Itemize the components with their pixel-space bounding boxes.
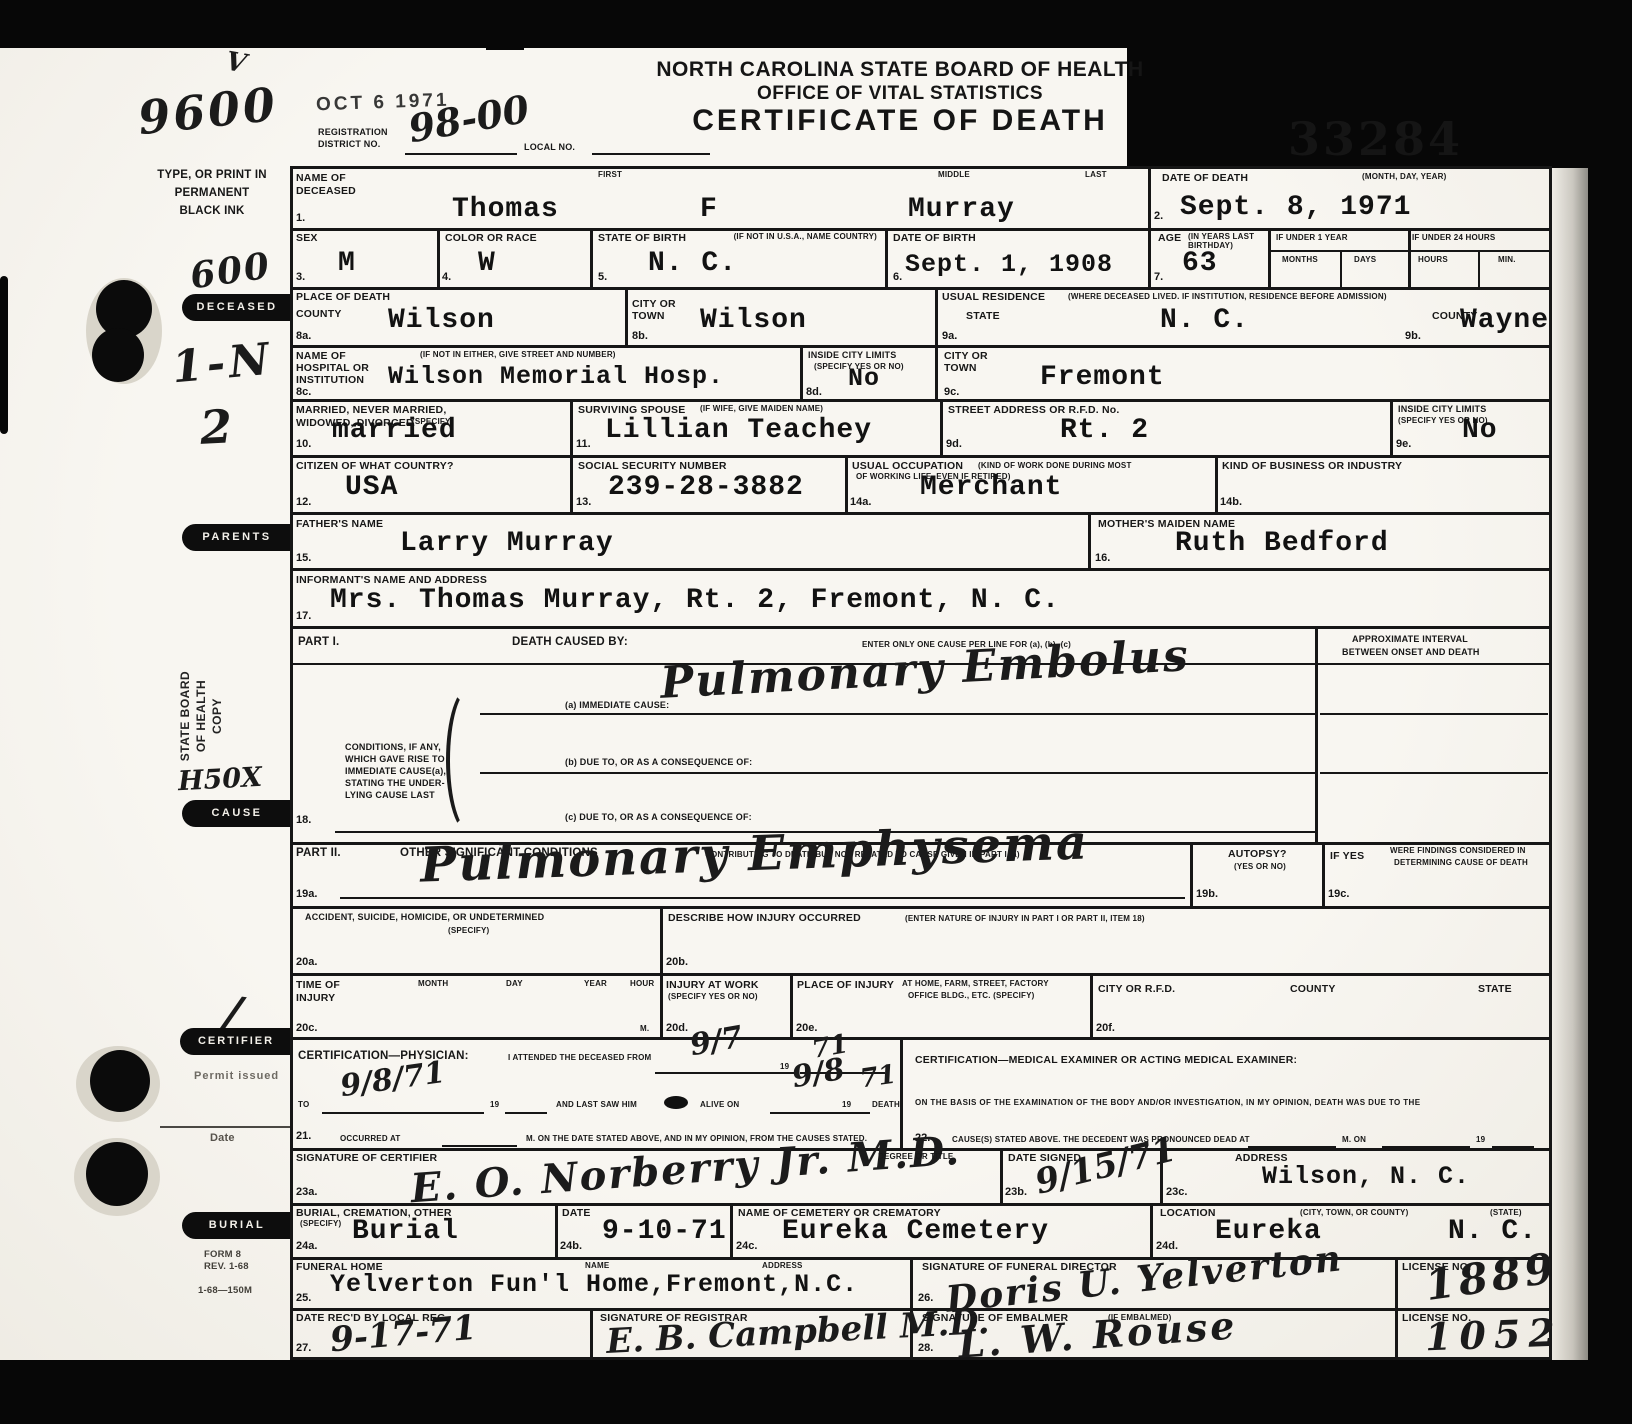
year-19-print4: 19 <box>1476 1135 1485 1144</box>
fillin-line <box>770 1112 870 1114</box>
funeral-home-address-sub: ADDRESS <box>762 1261 803 1270</box>
divider <box>290 568 1552 571</box>
field-number-19b: 19b. <box>1196 888 1218 900</box>
name-of-label: NAME OF <box>296 172 346 184</box>
hospital-label-line1: NAME OF <box>296 350 346 362</box>
citizen-label: CITIZEN OF WHAT COUNTRY? <box>296 460 454 472</box>
field-number-9b: 9b. <box>1405 330 1421 342</box>
due-to-b-label: (b) DUE TO, OR AS A CONSEQUENCE OF: <box>565 757 752 767</box>
basis-label: ON THE BASIS OF THE EXAMINATION OF THE B… <box>915 1098 1420 1107</box>
divider <box>885 228 888 287</box>
injury-county-label: COUNTY <box>1290 983 1336 995</box>
inside-city-limits-value: No <box>848 364 880 393</box>
conditions-note-line3: IMMEDIATE CAUSE(a), <box>345 766 446 776</box>
field-number-27: 27. <box>296 1342 311 1354</box>
divider <box>290 906 1552 909</box>
field-number-15: 15. <box>296 552 311 564</box>
divider <box>625 287 628 345</box>
field-number-19a: 19a. <box>296 888 317 900</box>
days-label: DAYS <box>1354 255 1376 264</box>
age-label: AGE <box>1158 232 1181 244</box>
business-label: KIND OF BUSINESS OR INDUSTRY <box>1222 460 1402 472</box>
permit-issued-note: Permit issued <box>194 1070 279 1083</box>
middle-name-value: F <box>700 194 718 225</box>
handwritten-code-h50x: H50X <box>177 762 263 797</box>
accident-label: ACCIDENT, SUICIDE, HOMICIDE, OR UNDETERM… <box>305 912 544 922</box>
burial-value: Burial <box>352 1216 459 1247</box>
field-number-14b: 14b. <box>1220 496 1242 508</box>
part1-label: PART I. <box>298 636 339 649</box>
hours-label: HOURS <box>1418 255 1448 264</box>
field-number-23a: 23a. <box>296 1186 317 1198</box>
conditions-note-line4: STATING THE UNDER- <box>345 778 445 788</box>
field-number-7: 7. <box>1154 271 1163 283</box>
divider <box>1408 228 1411 287</box>
field-number-9e: 9e. <box>1396 438 1411 450</box>
scan-smudge <box>0 276 8 434</box>
divider <box>290 166 1552 169</box>
residence-state-value: N. C. <box>1160 305 1249 336</box>
hole-punch <box>90 1050 150 1112</box>
field-number-23c: 23c. <box>1166 1186 1187 1198</box>
certification-med-examiner-label: CERTIFICATION—MEDICAL EXAMINER OR ACTING… <box>915 1054 1297 1066</box>
divider <box>592 153 710 155</box>
tab-deceased: DECEASED <box>182 294 292 321</box>
hospital-sub: (IF NOT IN EITHER, GIVE STREET AND NUMBE… <box>420 350 616 359</box>
date-of-birth-value: Sept. 1, 1908 <box>905 250 1113 279</box>
field-number-8a: 8a. <box>296 330 311 342</box>
first-label: FIRST <box>598 170 622 179</box>
field-number-21: 21. <box>296 1130 311 1142</box>
place-of-injury-label: PLACE OF INJURY <box>797 979 894 991</box>
last-name-value: Murray <box>908 194 1015 225</box>
accident-sub: (SPECIFY) <box>448 926 489 935</box>
divider <box>1320 713 1548 715</box>
form-number: FORM 8 <box>204 1250 241 1261</box>
interval-label-line2: BETWEEN ONSET AND DEATH <box>1342 647 1480 657</box>
field-number-8b: 8b. <box>632 330 648 342</box>
tab-burial: BURIAL <box>182 1212 292 1239</box>
findings-label-line1: WERE FINDINGS CONSIDERED IN <box>1390 846 1526 855</box>
fillin-line <box>655 1072 795 1074</box>
state-of-birth-sub: (IF NOT IN U.S.A., NAME COUNTRY) <box>712 232 877 241</box>
divider <box>570 399 573 512</box>
funeral-home-name-sub: NAME <box>585 1261 609 1270</box>
field-number-20e: 20e. <box>796 1022 817 1034</box>
interval-label-line1: APPROXIMATE INTERVAL <box>1352 634 1468 644</box>
alive-on-label: ALIVE ON <box>700 1100 739 1109</box>
location-label: LOCATION <box>1160 1207 1216 1219</box>
middle-label: MIDDLE <box>938 170 970 179</box>
field-number-20a: 20a. <box>296 956 317 968</box>
father-name-label: FATHER'S NAME <box>296 518 383 530</box>
divider <box>1322 842 1325 906</box>
residence-county-value: Wayne <box>1460 305 1549 336</box>
district-no-label: DISTRICT NO. <box>318 139 380 149</box>
field-number-11: 11. <box>576 438 591 450</box>
place-of-death-label: PLACE OF DEATH <box>296 291 390 303</box>
state-of-birth-label: STATE OF BIRTH <box>598 232 686 244</box>
county-value: Wilson <box>388 305 495 336</box>
funeral-home-value: Yelverton Fun'l Home,Fremont,N.C. <box>330 1270 858 1299</box>
divider <box>290 345 1552 348</box>
divider <box>1190 842 1193 906</box>
field-number-28: 28. <box>918 1342 933 1354</box>
burial-date-value: 9-10-71 <box>602 1216 727 1247</box>
hour-label: HOUR <box>630 979 654 988</box>
divider <box>1150 1203 1153 1257</box>
field-number-3: 3. <box>296 271 305 283</box>
date-line <box>160 1126 290 1128</box>
min-label: MIN. <box>1498 255 1516 264</box>
scanned-death-certificate: V 9600 TYPE, OR PRINT IN PERMANENT BLACK… <box>0 0 1632 1424</box>
marital-status-value: married <box>332 415 457 446</box>
divider <box>1148 166 1151 287</box>
form-right-border <box>1549 166 1552 1357</box>
field-number-16: 16. <box>1095 552 1110 564</box>
field-number-10: 10. <box>296 438 311 450</box>
scan-artifact <box>486 28 524 50</box>
field-number-24a: 24a. <box>296 1240 317 1252</box>
residence-state-label: STATE <box>966 310 1000 322</box>
field-number-23b: 23b. <box>1005 1186 1027 1198</box>
usual-residence-label: USUAL RESIDENCE <box>942 291 1045 303</box>
divider <box>555 1203 558 1257</box>
type-note-line2: PERMANENT <box>175 187 250 199</box>
divider <box>405 153 517 155</box>
divider <box>290 1357 1552 1360</box>
if-under-24-hours-label: IF UNDER 24 HOURS <box>1412 233 1495 242</box>
occupation-label: USUAL OCCUPATION <box>852 460 963 472</box>
father-name-value: Larry Murray <box>400 528 614 559</box>
license2-value: 1052 <box>1424 1310 1563 1360</box>
divider <box>290 399 1552 402</box>
divider <box>940 399 943 455</box>
last-label: LAST <box>1085 170 1107 179</box>
death-label: DEATH <box>872 1100 900 1109</box>
field-number-26: 26. <box>918 1292 933 1304</box>
death-caused-by-label: DEATH CAUSED BY: <box>512 636 628 649</box>
field-number-13: 13. <box>576 496 591 508</box>
degree-or-title-label: DEGREE OR TITLE <box>878 1152 953 1161</box>
divider <box>1315 626 1318 842</box>
divider <box>1090 973 1093 1037</box>
inside-city-limits-label: INSIDE CITY LIMITS <box>808 350 896 360</box>
year-label: YEAR <box>584 979 607 988</box>
color-race-label: COLOR OR RACE <box>445 232 537 244</box>
divider <box>590 228 593 287</box>
usual-residence-sub: (WHERE DECEASED LIVED. IF INSTITUTION, R… <box>1068 292 1387 301</box>
divider <box>1320 772 1548 774</box>
field-number-20d: 20d. <box>666 1022 688 1034</box>
field-number-9d: 9d. <box>946 438 962 450</box>
fillin-line <box>442 1145 517 1147</box>
form-left-border <box>290 166 293 1357</box>
board-name: NORTH CAROLINA STATE BOARD OF HEALTH <box>600 58 1200 82</box>
handwritten-code-2: 2 <box>199 399 234 455</box>
certifier-address-value: Wilson, N. C. <box>1262 1162 1470 1191</box>
handwritten-code-1n: 1-N <box>170 334 275 394</box>
year-19-print: 19 <box>780 1062 789 1071</box>
divider <box>1088 512 1091 568</box>
part2-line <box>340 897 1185 899</box>
date-of-death-label: DATE OF DEATH <box>1162 172 1248 184</box>
autopsy-sub: (YES OR NO) <box>1234 862 1286 871</box>
cause-b-line <box>480 772 1315 774</box>
certificate-title: CERTIFICATE OF DEATH <box>600 104 1200 138</box>
hospital-value: Wilson Memorial Hosp. <box>388 362 724 391</box>
m-on-label: M. ON <box>1342 1135 1366 1144</box>
inside-city-limits2-label: INSIDE CITY LIMITS <box>1398 404 1486 414</box>
divider <box>1215 455 1218 512</box>
first-name-value: Thomas <box>452 194 559 225</box>
part2-label: PART II. <box>296 847 341 860</box>
divider <box>1478 250 1480 287</box>
divider <box>1390 399 1393 455</box>
divider <box>845 455 848 512</box>
divider <box>935 287 938 399</box>
divider <box>290 512 1552 515</box>
copy-note-line1: STATE BOARD <box>178 671 192 761</box>
findings-label-line2: DETERMINING CAUSE OF DEATH <box>1394 858 1528 867</box>
sex-value: M <box>338 248 356 279</box>
county-label: COUNTY <box>296 308 342 320</box>
injury-at-work-sub: (SPECIFY YES OR NO) <box>668 992 758 1001</box>
certificate-number: 33284 <box>1288 112 1463 166</box>
field-number-20c: 20c. <box>296 1022 317 1034</box>
inside-city-limits2-value: No <box>1462 415 1498 446</box>
date-of-birth-label: DATE OF BIRTH <box>893 232 976 244</box>
field-number-20b: 20b. <box>666 956 688 968</box>
occupation-value: Merchant <box>920 472 1062 503</box>
occurred-at-label: OCCURRED AT <box>340 1134 400 1143</box>
ssn-value: 239-28-3882 <box>608 472 804 503</box>
location-state-value: N. C. <box>1448 1216 1537 1247</box>
divider <box>790 973 793 1037</box>
fillin-line <box>322 1112 484 1114</box>
surviving-spouse-sub: (IF WIFE, GIVE MAIDEN NAME) <box>700 404 823 413</box>
year-19-print2: 19 <box>490 1100 499 1109</box>
copy-note-line3: COPY <box>210 698 224 734</box>
autopsy-label: AUTOPSY? <box>1228 848 1287 860</box>
immediate-cause-label: (a) IMMEDIATE CAUSE: <box>565 700 669 710</box>
surviving-spouse-value: Lillian Teachey <box>605 415 872 446</box>
sex-label: SEX <box>296 232 318 244</box>
date-of-death-value: Sept. 8, 1971 <box>1180 192 1411 223</box>
divider <box>1340 250 1342 287</box>
divider <box>1268 228 1271 287</box>
mother-name-value: Ruth Bedford <box>1175 528 1389 559</box>
field-number-24c: 24c. <box>736 1240 757 1252</box>
field-number-5: 5. <box>598 271 607 283</box>
form-revision: REV. 1-68 <box>204 1262 249 1273</box>
field-number-20f: 20f. <box>1096 1022 1115 1034</box>
place-of-injury-sub1: AT HOME, FARM, STREET, FACTORY <box>902 979 1049 988</box>
divider <box>1395 1257 1398 1360</box>
if-yes-label: IF YES <box>1330 850 1364 862</box>
field-number-12: 12. <box>296 496 311 508</box>
city-value: Wilson <box>700 305 807 336</box>
divider <box>290 626 1552 629</box>
fillin-line <box>505 1112 547 1114</box>
months-label: MONTHS <box>1282 255 1318 264</box>
time-of-injury-label-line2: INJURY <box>296 992 335 1004</box>
hole-punch <box>86 1142 148 1206</box>
paper-edge-shadow <box>1550 48 1588 1360</box>
to-label: TO <box>298 1100 309 1109</box>
type-instruction-note: TYPE, OR PRINT IN PERMANENT BLACK INK <box>142 166 282 220</box>
describe-injury-sub: (ENTER NATURE OF INJURY IN PART I OR PAR… <box>905 914 1145 923</box>
informant-value: Mrs. Thomas Murray, Rt. 2, Fremont, N. C… <box>330 585 1060 616</box>
divider <box>660 906 663 1037</box>
field-number-8d: 8d. <box>806 386 822 398</box>
pronounced-label: CAUSE(S) STATED ABOVE. THE DECEDENT WAS … <box>952 1135 1250 1144</box>
occupation-sub1: (KIND OF WORK DONE DURING MOST <box>978 461 1132 470</box>
signature-of-certifier-label: SIGNATURE OF CERTIFIER <box>296 1152 437 1164</box>
tab-cause: CAUSE <box>182 800 292 827</box>
field-number-24d: 24d. <box>1156 1240 1178 1252</box>
citizen-value: USA <box>345 472 398 503</box>
office-name: OFFICE OF VITAL STATISTICS <box>600 83 1200 105</box>
divider <box>290 1257 1552 1260</box>
divider <box>437 228 440 287</box>
field-number-6: 6. <box>893 271 902 283</box>
divider <box>800 345 803 399</box>
scan-border-bottom <box>0 1360 1632 1424</box>
age-value: 63 <box>1182 248 1218 279</box>
field-number-18: 18. <box>296 814 311 826</box>
state-of-birth-value: N. C. <box>648 248 737 279</box>
tab-parents: PARENTS <box>182 524 292 551</box>
cause-a-line <box>480 713 1315 715</box>
race-value: W <box>478 248 496 279</box>
meridiem-label: M. <box>640 1024 649 1033</box>
deceased-label: DECEASED <box>296 185 356 197</box>
field-number-2: 2. <box>1154 210 1163 222</box>
field-number-24b: 24b. <box>560 1240 582 1252</box>
street-address-value: Rt. 2 <box>1060 415 1149 446</box>
time-of-injury-label-line1: TIME OF <box>296 979 340 991</box>
field-number-9a: 9a. <box>942 330 957 342</box>
day-label: DAY <box>506 979 523 988</box>
field-number-25: 25. <box>296 1292 311 1304</box>
if-under-1-year-label: IF UNDER 1 YEAR <box>1276 233 1348 242</box>
ssn-label: SOCIAL SECURITY NUMBER <box>578 460 727 472</box>
hole-punch <box>92 328 144 382</box>
local-no-label: LOCAL NO. <box>524 142 575 152</box>
hospital-label-line3: INSTITUTION <box>296 374 364 386</box>
injury-at-work-label: INJURY AT WORK <box>666 979 759 991</box>
hospital-label-line2: HOSPITAL OR <box>296 362 369 374</box>
divider <box>290 228 1552 231</box>
describe-injury-label: DESCRIBE HOW INJURY OCCURRED <box>668 912 861 924</box>
divider <box>290 973 1552 976</box>
injury-state-label: STATE <box>1478 983 1512 995</box>
copy-note-line2: OF HEALTH <box>194 680 208 752</box>
print-run: 1-68—150M <box>198 1286 252 1297</box>
year-19-print3: 19 <box>842 1100 851 1109</box>
ink-blot <box>664 1096 688 1109</box>
date-of-death-sub: (MONTH, DAY, YEAR) <box>1362 172 1447 181</box>
burial-sub: (SPECIFY) <box>300 1219 341 1228</box>
cemetery-value: Eureka Cemetery <box>782 1216 1049 1247</box>
place-of-injury-sub2: OFFICE BLDG., ETC. (SPECIFY) <box>908 991 1035 1000</box>
last-saw-label: AND LAST SAW HIM <box>556 1100 637 1109</box>
tab-certifier: CERTIFIER <box>180 1028 292 1055</box>
field-number-14a: 14a. <box>850 496 871 508</box>
conditions-note-line1: CONDITIONS, IF ANY, <box>345 742 441 752</box>
attended-label: I ATTENDED THE DECEASED FROM <box>508 1053 651 1062</box>
field-number-9c: 9c. <box>944 386 959 398</box>
conditions-note-line5: LYING CAUSE LAST <box>345 790 435 800</box>
divider <box>730 1203 733 1257</box>
date-note-label: Date <box>210 1132 235 1145</box>
burial-date-label: DATE <box>562 1207 591 1219</box>
conditions-note-line2: WHICH GAVE RISE TO <box>345 754 445 764</box>
conditions-brace <box>446 686 494 834</box>
divider <box>1000 1148 1003 1203</box>
city-or-rfd-label: CITY OR R.F.D. <box>1098 983 1175 995</box>
residence-city-label: CITY OR TOWN <box>944 350 1006 374</box>
field-number-17: 17. <box>296 610 311 622</box>
divider <box>290 287 1552 290</box>
divider <box>290 455 1552 458</box>
scan-border-right <box>1588 0 1632 1424</box>
field-number-1: 1. <box>296 212 305 224</box>
registration-label: REGISTRATION <box>318 127 388 137</box>
last-seen-year: 71 <box>858 1060 898 1095</box>
residence-city-value: Fremont <box>1040 362 1165 393</box>
field-number-8c: 8c. <box>296 386 311 398</box>
field-number-4: 4. <box>442 271 451 283</box>
city-or-town-label: CITY OR TOWN <box>632 298 694 322</box>
field-number-19c: 19c. <box>1328 888 1349 900</box>
type-note-line3: BLACK INK <box>179 205 244 217</box>
divider <box>290 1037 1552 1040</box>
divider <box>590 1308 593 1357</box>
type-note-line1: TYPE, OR PRINT IN <box>157 169 266 181</box>
month-label: MONTH <box>418 979 448 988</box>
due-to-c-label: (c) DUE TO, OR AS A CONSEQUENCE OF: <box>565 812 752 822</box>
